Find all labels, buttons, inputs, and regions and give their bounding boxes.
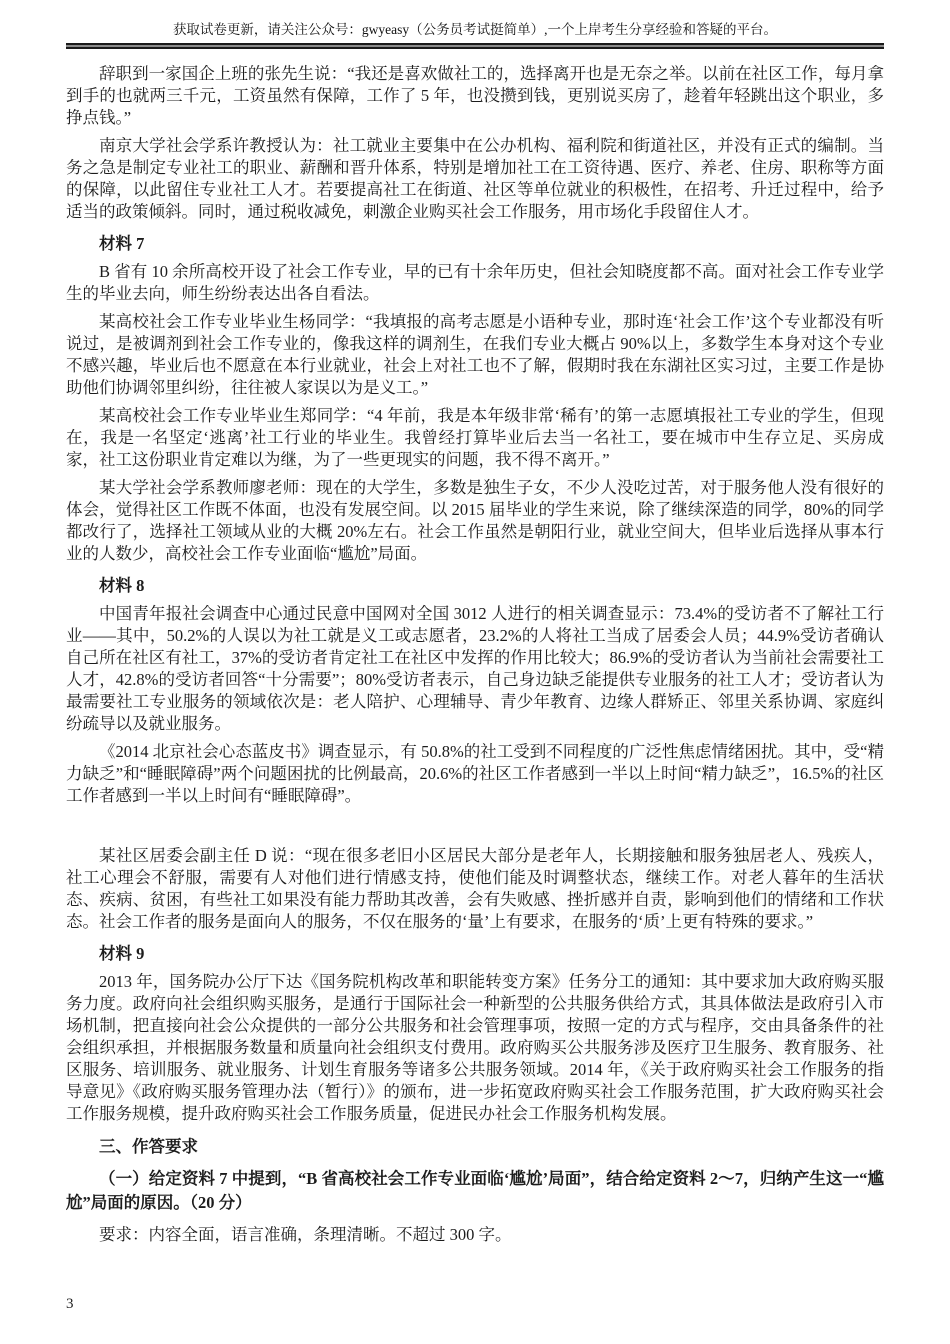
paragraph-professor-xu: 南京大学社会学系许教授认为：社工就业主要集中在公办机构、福利院和街道社区，并没有…: [66, 135, 884, 223]
paragraph-bluebook-2014: 《2014 北京社会心态蓝皮书》调查显示，有 50.8%的社工受到不同程度的广泛…: [66, 741, 884, 807]
material-9-heading: 材料 9: [66, 943, 884, 965]
document-body: 辞职到一家国企上班的张先生说：“我还是喜欢做社工的，选择离开也是无奈之举。以前在…: [66, 63, 884, 1247]
paragraph-deputy-director-d: 某社区居委会副主任 D 说：“现在很多老旧小区居民大部分是老年人，长期接触和服务…: [66, 845, 884, 933]
paragraph-province-b-overview: B 省有 10 余所高校开设了社会工作专业，早的已有十余年历史，但社会知晓度都不…: [66, 261, 884, 305]
paragraph-teacher-liao: 某大学社会学系教师廖老师：现在的大学生，多数是独生子女，不少人没吃过苦，对于服务…: [66, 477, 884, 565]
header-notice: 获取试卷更新，请关注公众号：gwyeasy（公务员考试挺简单）,一个上岸考生分享…: [0, 0, 950, 38]
question-one: （一）给定资料 7 中提到，“B 省高校社会工作专业面临‘尴尬’局面”，结合给定…: [66, 1167, 884, 1215]
paragraph-survey-results: 中国青年报社会调查中心通过民意中国网对全国 3012 人进行的相关调查显示：73…: [66, 603, 884, 735]
paragraph-zhang-quote: 辞职到一家国企上班的张先生说：“我还是喜欢做社工的，选择离开也是无奈之举。以前在…: [66, 63, 884, 129]
question-one-requirements: 要求：内容全面，语言准确，条理清晰。不超过 300 字。: [66, 1223, 884, 1247]
paragraph-government-purchase: 2013 年，国务院办公厅下达《国务院机构改革和职能转变方案》任务分工的通知：其…: [66, 971, 884, 1125]
material-7-heading: 材料 7: [66, 233, 884, 255]
header-divider-rule: [66, 43, 884, 49]
paragraph-student-zheng: 某高校社会工作专业毕业生郑同学：“4 年前，我是本年级非常‘稀有’的第一志愿填报…: [66, 405, 884, 471]
paragraph-student-yang: 某高校社会工作专业毕业生杨同学：“我填报的高考志愿是小语种专业，那时连‘社会工作…: [66, 311, 884, 399]
page-number: 3: [66, 1296, 74, 1313]
answer-requirements-heading: 三、作答要求: [66, 1135, 884, 1159]
document-page: 获取试卷更新，请关注公众号：gwyeasy（公务员考试挺简单）,一个上岸考生分享…: [0, 0, 950, 1344]
material-8-heading: 材料 8: [66, 575, 884, 597]
